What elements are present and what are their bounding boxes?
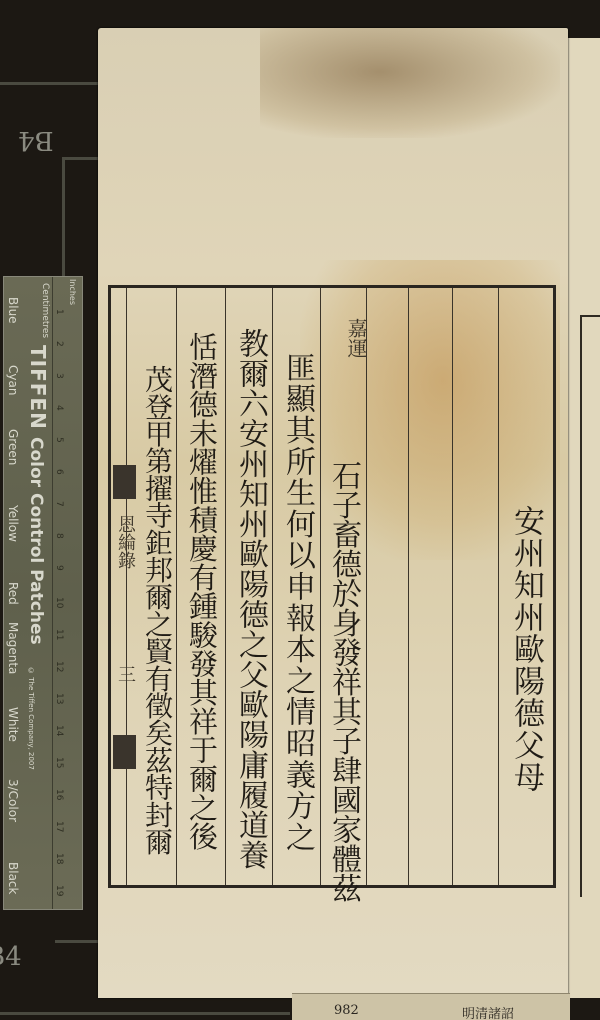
ruler-tick-label: 13 <box>54 693 64 704</box>
mat-border-top <box>0 82 110 85</box>
archive-label: 982 明清諸詔 <box>292 993 570 1020</box>
ruler-tick-label: 16 <box>54 789 64 800</box>
ruler-tick-label: 8 <box>54 533 64 539</box>
archive-label-title: 明清諸詔 <box>462 1003 514 1020</box>
text-column-3: 教爾六安州知州歐陽德之父歐陽庸履道養 <box>229 328 271 870</box>
ruler-tick-label: 11 <box>54 629 64 640</box>
text-column-2: 匪顯其所生何以申報本之情昭義方之 <box>276 352 318 853</box>
column-rule <box>452 288 453 885</box>
ruler-tick-label: 18 <box>54 853 64 864</box>
adjacent-page-frame <box>580 315 600 897</box>
edict-heading: 安州知州歐陽德父母 <box>503 505 549 793</box>
patch-label-blue: Blue <box>6 297 20 324</box>
ruler-tick-label: 12 <box>54 661 64 672</box>
ruler-tick-label: 9 <box>54 565 64 571</box>
ruler-tick-label: 1 <box>54 309 64 315</box>
cm-ruler <box>52 277 83 909</box>
ruler-tick-label: 2 <box>54 341 64 347</box>
patch-label-magenta: Magenta <box>6 622 20 674</box>
column-rule <box>408 288 409 885</box>
ruler-tick-label: 7 <box>54 501 64 507</box>
ruler-tick-label: 5 <box>54 437 64 443</box>
fishtail-mark-bottom <box>113 735 136 769</box>
ruler-tick-label: 15 <box>54 757 64 768</box>
ruler-tick-label: 17 <box>54 821 64 832</box>
damaged-fragment: 嘉運 <box>335 318 377 358</box>
text-column-5: 茂登甲第擢寺鉅邦爾之賢有徵矣茲特封爾 <box>136 365 178 855</box>
mat-border-inner-h <box>62 157 102 160</box>
card-brand: TIFFEN <box>26 345 50 430</box>
patch-label-black: Black <box>6 862 20 894</box>
ruler-tick-label: 4 <box>54 405 64 411</box>
patch-label-yellow: Yellow <box>6 505 20 542</box>
mat-border-inner-v <box>62 157 65 277</box>
column-rule <box>272 288 273 885</box>
column-rule <box>498 288 499 885</box>
fishtail-mark-top <box>113 465 136 499</box>
patch-label-white: White <box>6 707 20 742</box>
mat-border-low <box>0 1012 290 1015</box>
ruler-tick-label: 14 <box>54 725 64 736</box>
card-copyright: © The Tiffen Company, 2007 <box>27 667 35 770</box>
card-units-label: Centimetres <box>40 283 50 338</box>
color-control-card: Centimetres Inches TIFFEN Color Control … <box>3 276 83 910</box>
card-title: Color Control Patches <box>26 437 46 645</box>
column-rule <box>225 288 226 885</box>
fold-title: 恩綸錄 <box>112 515 138 569</box>
mat-label-bottom: B4 <box>0 942 22 972</box>
patch-label-red: Red <box>6 582 20 605</box>
patch-label-3color: 3/Color <box>6 779 20 822</box>
mat-border-bottom <box>55 940 100 943</box>
ruler-tick-label: 6 <box>54 469 64 475</box>
ruler-tick-label: 19 <box>54 885 64 896</box>
archive-label-number: 982 <box>334 1003 359 1018</box>
water-stain-top <box>260 28 560 138</box>
column-rule <box>320 288 321 885</box>
patch-label-green: Green <box>6 429 20 465</box>
column-rule <box>126 288 127 885</box>
text-column-4: 恬潛德未燿惟積慶有鍾駿發其祥于爾之後 <box>181 332 223 850</box>
mat-label-top: B4 <box>18 125 54 155</box>
ruler-tick-label: 10 <box>54 597 64 608</box>
column-rule <box>366 288 367 885</box>
text-column-1: 石子畜德於身發祥其子肆國家體茲 <box>322 460 364 903</box>
patch-label-cyan: Cyan <box>6 365 20 395</box>
ruler-tick-label: 3 <box>54 373 64 379</box>
fold-page-number: 三 <box>112 665 138 683</box>
